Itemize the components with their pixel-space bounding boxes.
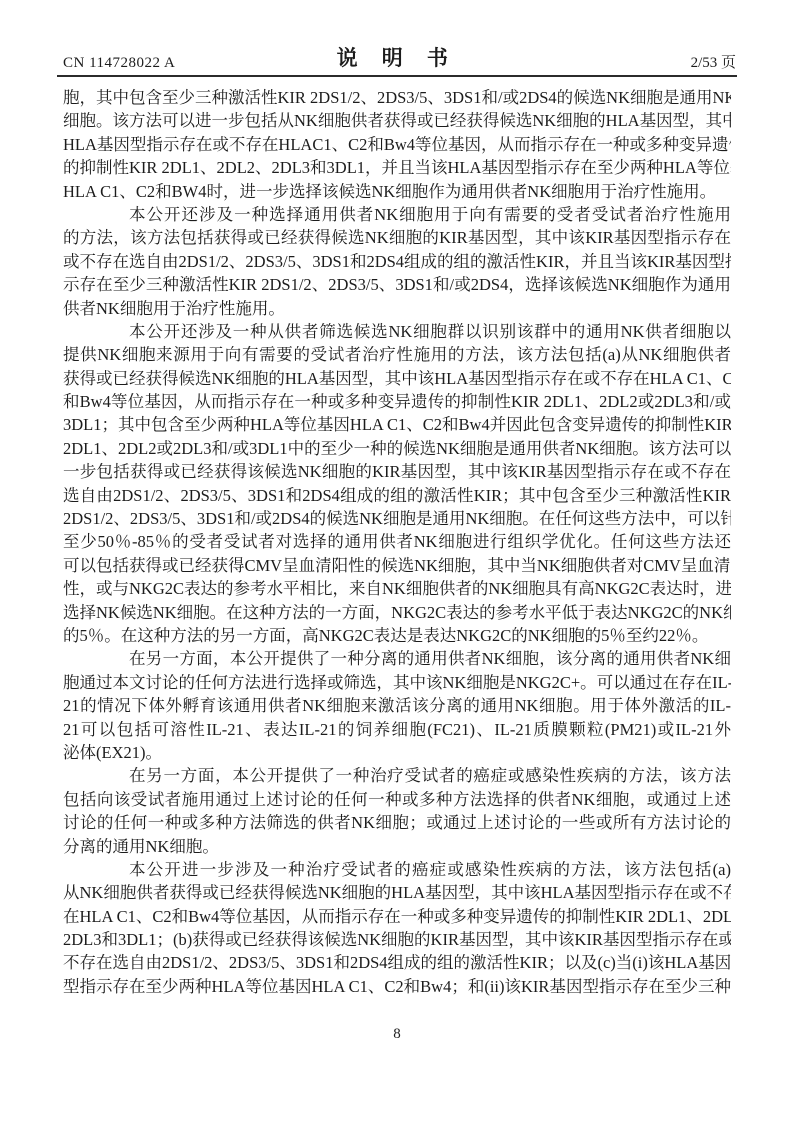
text-line: 本公开进一步涉及一种治疗受试者的癌症或感染性疾病的方法，该方法包括(a)	[63, 858, 731, 881]
text-line: 本公开还涉及一种选择通用供者NK细胞用于向有需要的受者受试者治疗性施用	[63, 203, 731, 226]
text-line: 选自由2DS1/2、2DS3/5、3DS1和2DS4组成的组的激活性KIR；其中…	[63, 484, 731, 507]
text-line: 的5％。在这种方法的另一方面，高NKG2C表达是表达NKG2C的NK细胞的5％至…	[63, 624, 731, 647]
text-line: 3DL1；其中包含至少两种HLA等位基因HLA C1、C2和Bw4并因此包含变异…	[63, 413, 731, 436]
text-line: 在HLA C1、C2和Bw4等位基因，从而指示存在一种或多种变异遗传的抑制性KI…	[63, 905, 731, 928]
text-line: 2DL3和3DL1；(b)获得或已经获得该候选NK细胞的KIR基因型，其中该KI…	[63, 928, 731, 951]
text-line: 胞，其中包含至少三种激活性KIR 2DS1/2、2DS3/5、3DS1和/或2D…	[63, 86, 731, 109]
text-line: 性，或与NKG2C表达的参考水平相比，来自NK细胞供者的NK细胞具有高NKG2C…	[63, 577, 731, 600]
text-line: 不存在选自由2DS1/2、2DS3/5、3DS1和2DS4组成的组的激活性KIR…	[63, 951, 731, 974]
text-line: 供者NK细胞用于治疗性施用。	[63, 297, 731, 320]
text-line: 型指示存在至少两种HLA等位基因HLA C1、C2和Bw4；和(ii)该KIR基…	[63, 975, 731, 998]
text-line: 泌体(EX21)。	[63, 741, 731, 764]
page-footer: 8	[0, 1026, 794, 1043]
text-line: 在另一方面，本公开提供了一种分离的通用供者NK细胞，该分离的通用供者NK细	[63, 647, 731, 670]
text-line: 选择NK候选NK细胞。在这种方法的一方面，NKG2C表达的参考水平低于表达NKG…	[63, 601, 731, 624]
page-header: CN 114728022 A 说 明 书 2/53 页	[58, 46, 736, 72]
patent-document-page: CN 114728022 A 说 明 书 2/53 页 胞，其中包含至少三种激活…	[0, 0, 794, 1123]
page-number: 8	[393, 1026, 401, 1042]
text-line: 包括向该受试者施用通过上述讨论的任何一种或多种方法选择的供者NK细胞，或通过上述	[63, 788, 731, 811]
text-line: 的抑制性KIR 2DL1、2DL2、2DL3和3DL1，并且当该HLA基因型指示…	[63, 156, 731, 179]
text-line: 21的情况下体外孵育该通用供者NK细胞来激活该分离的通用NK细胞。用于体外激活的…	[63, 694, 731, 717]
text-line: HLA基因型指示存在或不存在HLAC1、C2和Bw4等位基因，从而指示存在一种或…	[63, 133, 731, 156]
text-line: 和Bw4等位基因，从而指示存在一种或多种变异遗传的抑制性KIR 2DL1、2DL…	[63, 390, 731, 413]
text-line: HLA C1、C2和BW4时，进一步选择该候选NK细胞作为通用供者NK细胞用于治…	[63, 180, 731, 203]
text-line: 或不存在选自由2DS1/2、2DS3/5、3DS1和2DS4组成的组的激活性KI…	[63, 250, 731, 273]
text-line: 胞通过本文讨论的任何方法进行选择或筛选，其中该NK细胞是NKG2C+。可以通过在…	[63, 671, 731, 694]
sheet-page-indicator: 2/53 页	[691, 51, 736, 72]
text-line: 从NK细胞供者获得或已经获得候选NK细胞的HLA基因型，其中该HLA基因型指示存…	[63, 881, 731, 904]
header-divider-rule	[57, 75, 737, 77]
text-line: 2DS1/2、2DS3/5、3DS1和/或2DS4的候选NK细胞是通用NK细胞。…	[63, 507, 731, 530]
text-line: 讨论的任何一种或多种方法筛选的供者NK细胞；或通过上述讨论的一些或所有方法讨论的	[63, 811, 731, 834]
text-line: 本公开还涉及一种从供者筛选候选NK细胞群以识别该群中的通用NK供者细胞以	[63, 320, 731, 343]
document-body: 胞，其中包含至少三种激活性KIR 2DS1/2、2DS3/5、3DS1和/或2D…	[63, 86, 731, 998]
text-line: 提供NK细胞来源用于向有需要的受试者治疗性施用的方法，该方法包括(a)从NK细胞…	[63, 343, 731, 366]
text-line: 2DL1、2DL2或2DL3和/或3DL1中的至少一种的候选NK细胞是通用供者N…	[63, 437, 731, 460]
text-line: 细胞。该方法可以进一步包括从NK细胞供者获得或已经获得候选NK细胞的HLA基因型…	[63, 109, 731, 132]
text-line: 的方法，该方法包括获得或已经获得候选NK细胞的KIR基因型，其中该KIR基因型指…	[63, 226, 731, 249]
text-line: 示存在至少三种激活性KIR 2DS1/2、2DS3/5、3DS1和/或2DS4，…	[63, 273, 731, 296]
text-line: 至少50％-85％的受者受试者对选择的通用供者NK细胞进行组织学优化。任何这些方…	[63, 530, 731, 553]
document-title: 说 明 书	[337, 42, 458, 72]
text-line: 一步包括获得或已经获得该候选NK细胞的KIR基因型，其中该KIR基因型指示存在或…	[63, 460, 731, 483]
text-line: 在另一方面，本公开提供了一种治疗受试者的癌症或感染性疾病的方法，该方法	[63, 764, 731, 787]
document-number: CN 114728022 A	[63, 55, 175, 72]
text-line: 21可以包括可溶性IL-21、表达IL-21的饲养细胞(FC21)、IL-21质…	[63, 718, 731, 741]
text-line: 可以包括获得或已经获得CMV呈血清阳性的候选NK细胞，其中当NK细胞供者对CMV…	[63, 554, 731, 577]
text-line: 获得或已经获得候选NK细胞的HLA基因型，其中该HLA基因型指示存在或不存在HL…	[63, 367, 731, 390]
text-line: 分离的通用NK细胞。	[63, 835, 731, 858]
